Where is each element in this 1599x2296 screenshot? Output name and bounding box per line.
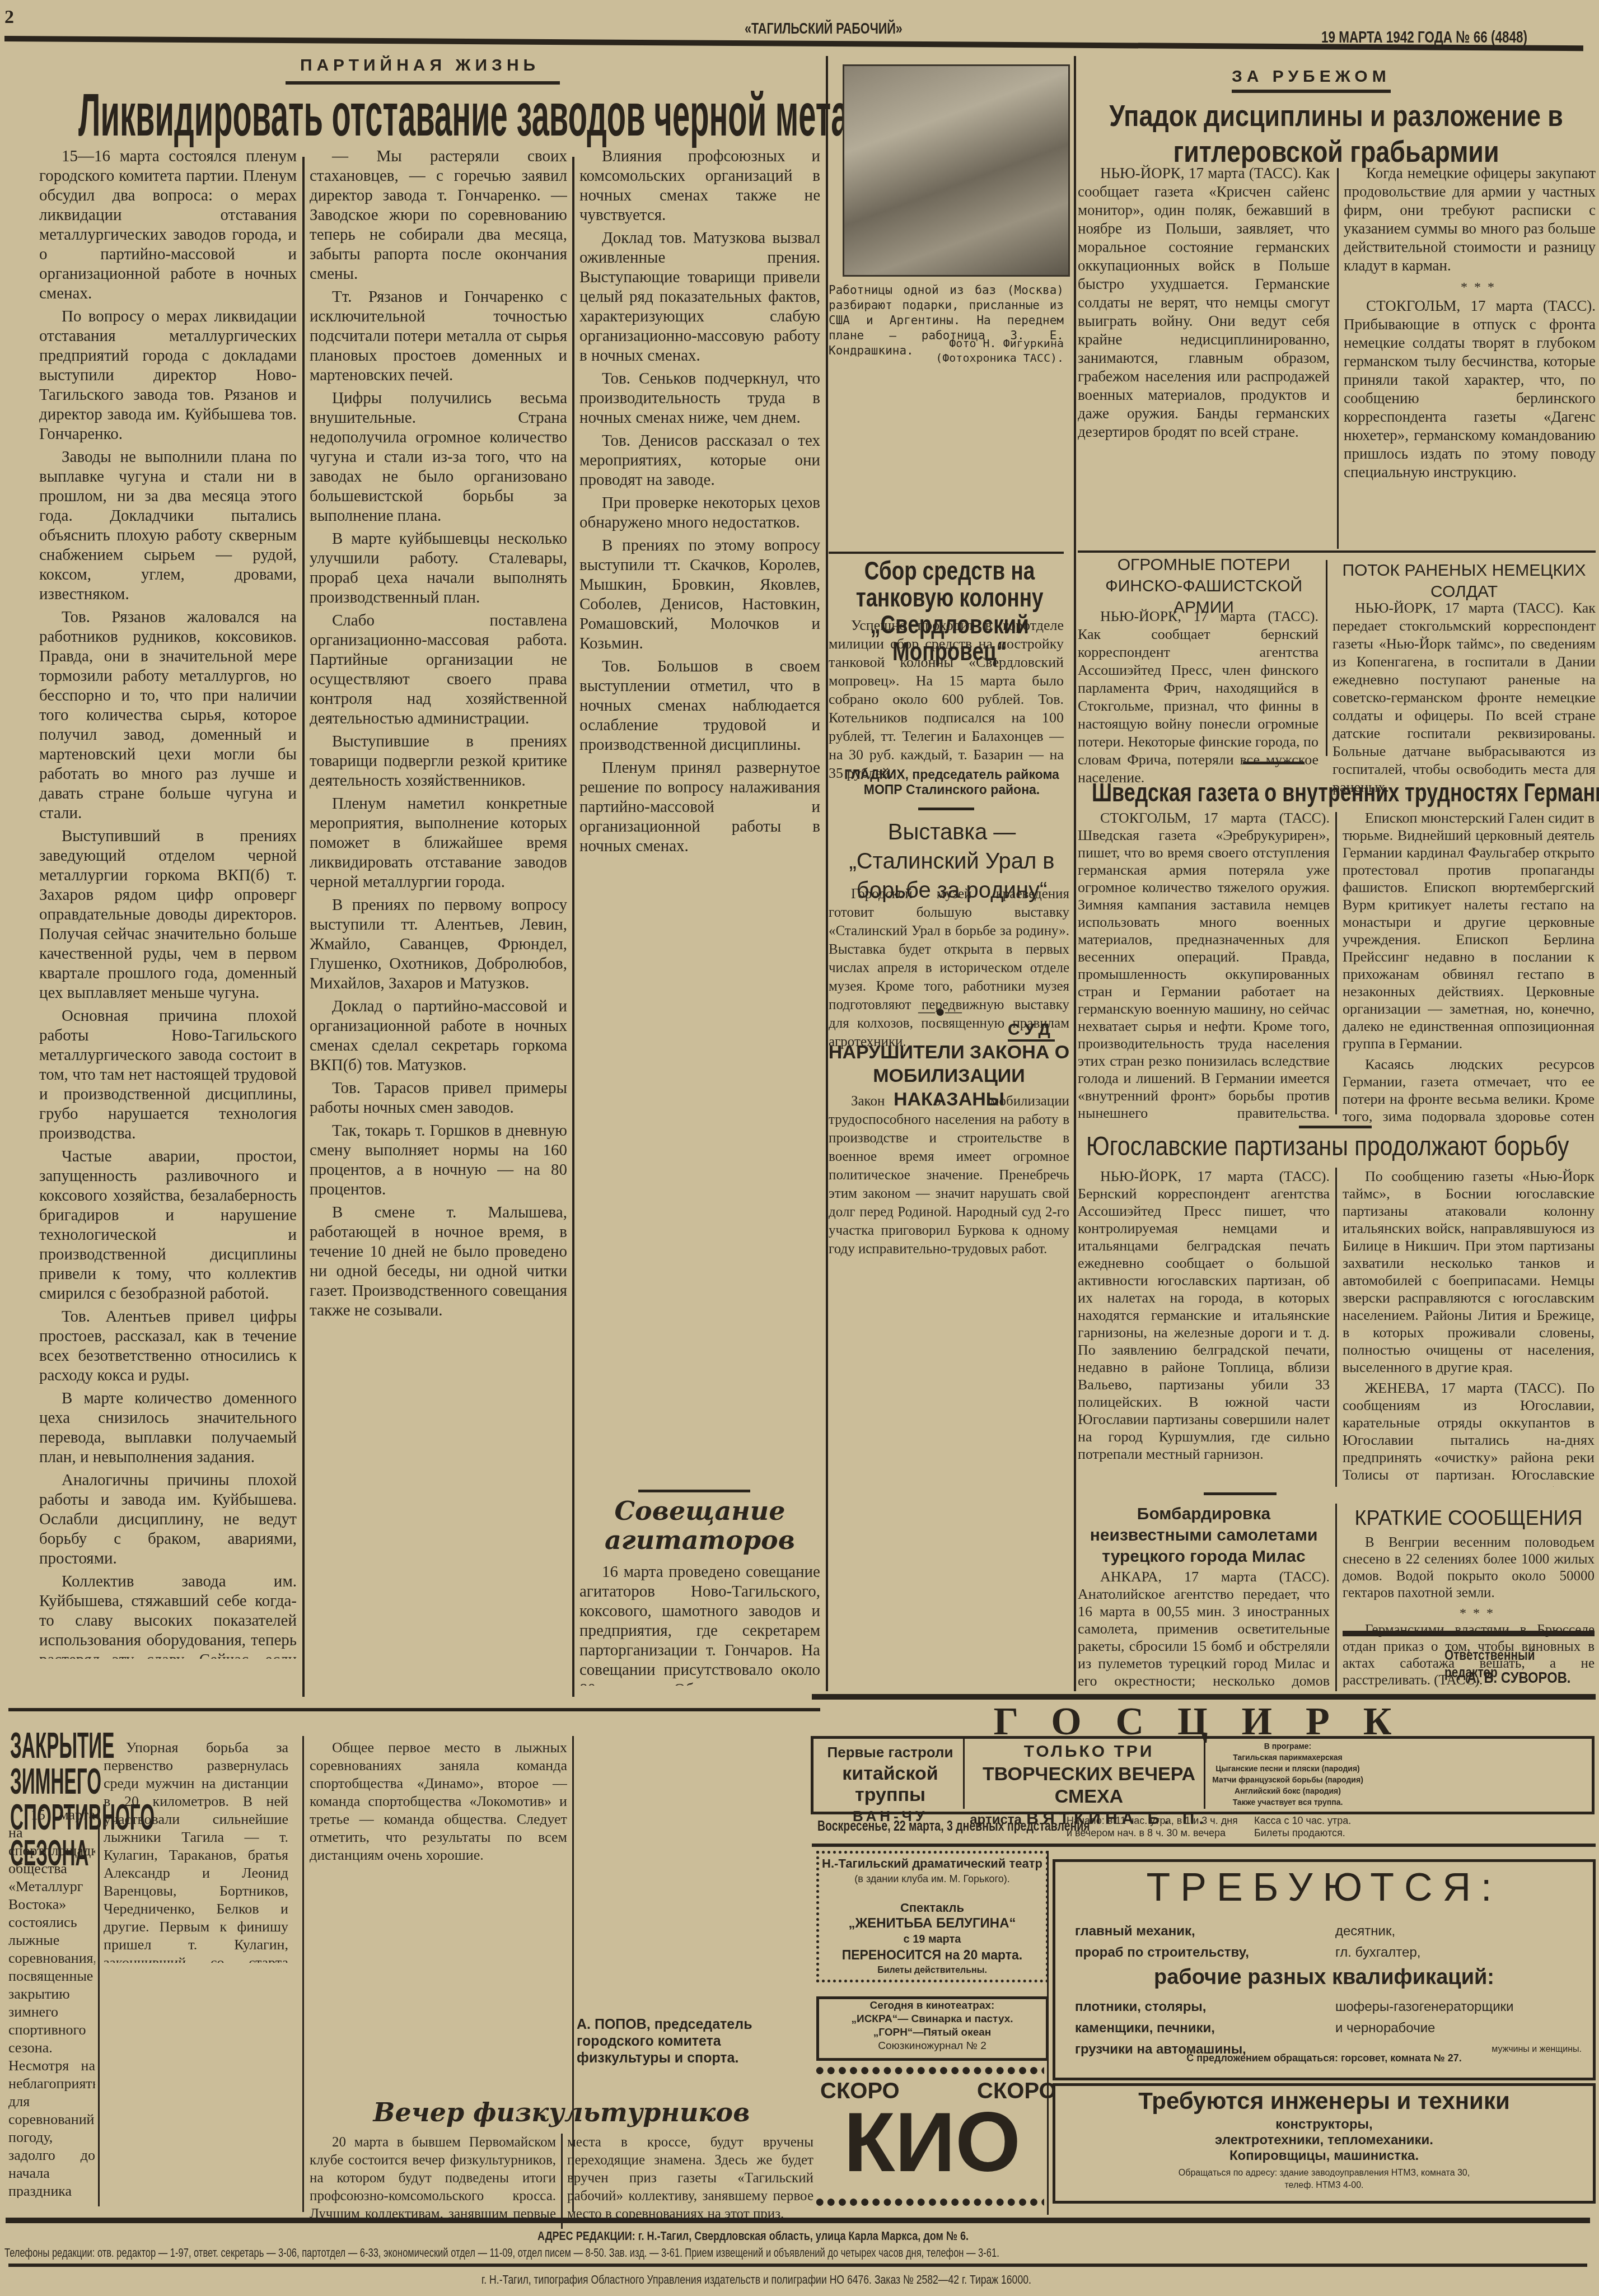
- bullet-divider: —●—: [918, 1002, 962, 1021]
- circus-times: Начало: в 11 час. утра, в 1 и 3 ч. дняи …: [1067, 1814, 1238, 1839]
- engineers-lines: конструкторы,электротехники, тепломехани…: [1055, 2117, 1593, 2164]
- decay-col-1: НЬЮ-ЙОРК, 17 марта (ТАСС). Как сообщает …: [1078, 164, 1330, 545]
- dots-divider: ●●●●●●●●●●●●●●●●●●●●●●●●●●●●●●: [815, 2192, 1044, 2211]
- col-divider: [1047, 1851, 1049, 2215]
- theatre-name: Н.-Тагильский драматический театр: [817, 1856, 1047, 1871]
- section-rule: [1078, 550, 1596, 553]
- jobs-left-2: плотники, столяры,каменщики, печники,гру…: [1058, 1996, 1321, 2060]
- sport-col-1: 15 марта на спортплощадке общества «Мета…: [8, 1806, 95, 2198]
- paper-name: «ТАГИЛЬСКИЙ РАБОЧИЙ»: [745, 20, 903, 38]
- swedish-col-1: СТОКГОЛЬМ, 17 марта (ТАСС). Шведская газ…: [1078, 809, 1330, 1123]
- footer-address: АДРЕС РЕДАКЦИИ: г. Н.-Тагил, Свердловска…: [537, 2229, 969, 2243]
- engineers-title: Требуются инженеры и техники: [1055, 2088, 1593, 2115]
- swedish-headline: Шведская газета о внутренних трудностях …: [1092, 778, 1596, 806]
- cinema-list: Сегодня в кинотеатрах: „ИСКРА“— Свинарка…: [817, 1999, 1047, 2053]
- col-divider: [1337, 168, 1339, 549]
- col-divider: [572, 157, 574, 1697]
- swedish-col-2: Епископ мюнстерский Гален сидит в тюрьме…: [1343, 809, 1595, 1123]
- yugoslav-col-1: НЬЮ-ЙОРК, 17 марта (ТАСС). Бернский корр…: [1078, 1168, 1330, 1487]
- col-divider: [1335, 812, 1337, 1114]
- editor-name: А. В. СУВОРОВ.: [1467, 1669, 1570, 1687]
- jobs-workers: рабочие разных квалификаций:: [1055, 1966, 1593, 1990]
- agitators-headline: Совещание агитаторов: [582, 1496, 817, 1555]
- ad-rule: [812, 1694, 1596, 1700]
- page-number: 2: [4, 7, 14, 28]
- circus-box-office: Касса с 10 час. утра.Билеты продаются.: [1254, 1814, 1351, 1839]
- rubric-party-life: ПАРТИЙНАЯ ЖИЗНЬ: [280, 56, 560, 75]
- col-divider: [98, 1814, 100, 2206]
- main-headline: Ликвидировать отставание заводов черной …: [78, 84, 817, 146]
- section-rule: [1204, 1492, 1277, 1495]
- jobs-title: ТРЕБУЮТСЯ:: [1055, 1865, 1593, 1910]
- section-rule: [1343, 1631, 1595, 1636]
- news-photo: [843, 64, 1070, 277]
- ad-rule: [812, 1844, 1596, 1847]
- brief-headline: КРАТКИЕ СООБЩЕНИЯ: [1343, 1506, 1595, 1530]
- evening-body: 20 марта в бывшем Первомайском клубе сос…: [310, 2134, 813, 2229]
- jobs-left-1: главный механик,прораб по строительству,: [1058, 1921, 1321, 1963]
- col-divider: [302, 157, 305, 1697]
- sport-col-2: Упорная борьба за первенство развернулас…: [104, 1739, 288, 1963]
- col-divider: [1074, 56, 1076, 1691]
- jobs-contact: С предложением обращаться: горсовет, ком…: [1055, 2052, 1593, 2064]
- footer-phones: Телефоны редакции: отв. редактор — 1-97,…: [4, 2246, 999, 2260]
- jobs-right-1: десятник,гл. бухгалтер,: [1335, 1921, 1582, 1963]
- party-col-3: Влияния профсоюзных и комсомольских орга…: [579, 147, 820, 1144]
- bombing-body: АНКАРА, 17 марта (ТАСС). Анатолийское аг…: [1078, 1568, 1330, 1691]
- dots-divider: ●●●●●●●●●●●●●●●●●●●●●●●●●●●●●●: [815, 2061, 1044, 2080]
- section-rule: [829, 552, 1064, 554]
- yugoslav-col-2: По сообщению газеты «Нью-Йорк таймс», в …: [1343, 1168, 1595, 1487]
- finnish-body: НЬЮ-ЙОРК, 17 марта (ТАСС). Как сообщает …: [1078, 608, 1319, 787]
- circus-schedule: Воскресенье, 22 марта, 3 дневных предста…: [817, 1817, 1090, 1835]
- sport-signature: А. ПОПОВ, председатель городского комите…: [577, 2016, 812, 2066]
- section-rule: [1243, 762, 1305, 764]
- decay-col-2: Когда немецкие офицеры закупают продовол…: [1344, 164, 1596, 545]
- photo-credit: Фото Н. Фигуркина (Фотохроника ТАСС).: [918, 336, 1064, 365]
- yugoslav-headline: Югославские партизаны продолжают борьбу: [1086, 1131, 1596, 1163]
- col-divider: [963, 1739, 965, 1809]
- circus-left: Первые гастроликитайской труппыВАН-ЧУ: [815, 1742, 966, 1827]
- footer-printer: г. Н.-Тагил, типография Областного Управ…: [481, 2272, 1031, 2287]
- col-divider: [1335, 1504, 1337, 1691]
- tank-body: Успешно проходит в горотделе милиции сбо…: [829, 616, 1064, 782]
- col-divider: [1335, 1168, 1337, 1487]
- section-rule: [638, 1490, 750, 1492]
- court-rubric: СУД: [1008, 1020, 1055, 1042]
- jobs-right-2: шоферы-газогенераторщикии чернорабочие м…: [1335, 1996, 1582, 2060]
- col-divider: [1326, 560, 1327, 756]
- col-divider: [302, 1736, 304, 2212]
- bombing-headline: Бомбардировка неизвестными самолетами ту…: [1078, 1504, 1330, 1567]
- wounded-body: НЬЮ-ЙОРК, 17 марта (ТАСС). Как передает …: [1332, 599, 1596, 796]
- wavy-divider: [8, 1708, 820, 1711]
- kio-name: КИО: [817, 2097, 1047, 2187]
- sport-col-3: Общее первое место в лыжных соревнования…: [310, 1739, 567, 2013]
- party-col-1: 15—16 марта состоялся пленум городского …: [39, 147, 297, 1659]
- theatre-location: (в здании клуба им. М. Горького).: [817, 1873, 1047, 1885]
- sport-col-4: [579, 1739, 815, 2030]
- tank-signature: ГЛАДКИХ, председатель райкома МОПР Стали…: [840, 767, 1064, 797]
- footer-rule: [6, 2218, 1590, 2223]
- wounded-headline: ПОТОК РАНЕНЫХ НЕМЕЦКИХ СОЛДАТ: [1332, 560, 1596, 603]
- section-rule: [1299, 1126, 1372, 1128]
- footer-rule: [8, 2264, 1587, 2267]
- circus-right: В програме:Тагильская парикмахерскаяЦыга…: [1207, 1740, 1369, 1808]
- section-rule: [918, 808, 974, 810]
- theatre-play: Спектакль „ЖЕНИТЬБА БЕЛУГИНА“ с 19 марта…: [817, 1900, 1047, 1978]
- court-body: Закон о мобилизации трудоспособного насе…: [829, 1092, 1069, 1686]
- decay-headline: Упадок дисциплины и разложение в гитлеро…: [1081, 98, 1596, 170]
- evening-headline: Вечер физкультурников: [310, 2097, 813, 2127]
- agitators-body: 16 марта проведено совещание агитаторов …: [579, 1562, 820, 1686]
- col-divider: [1204, 1739, 1205, 1809]
- col-divider: [826, 56, 828, 1691]
- party-col-2: — Мы растеряли своих стахановцев, — с го…: [310, 147, 567, 1659]
- engineers-contact: Обращаться по адресу: здание заводоуправ…: [1055, 2167, 1593, 2192]
- rubric-abroad: ЗА РУБЕЖОМ: [1232, 67, 1391, 93]
